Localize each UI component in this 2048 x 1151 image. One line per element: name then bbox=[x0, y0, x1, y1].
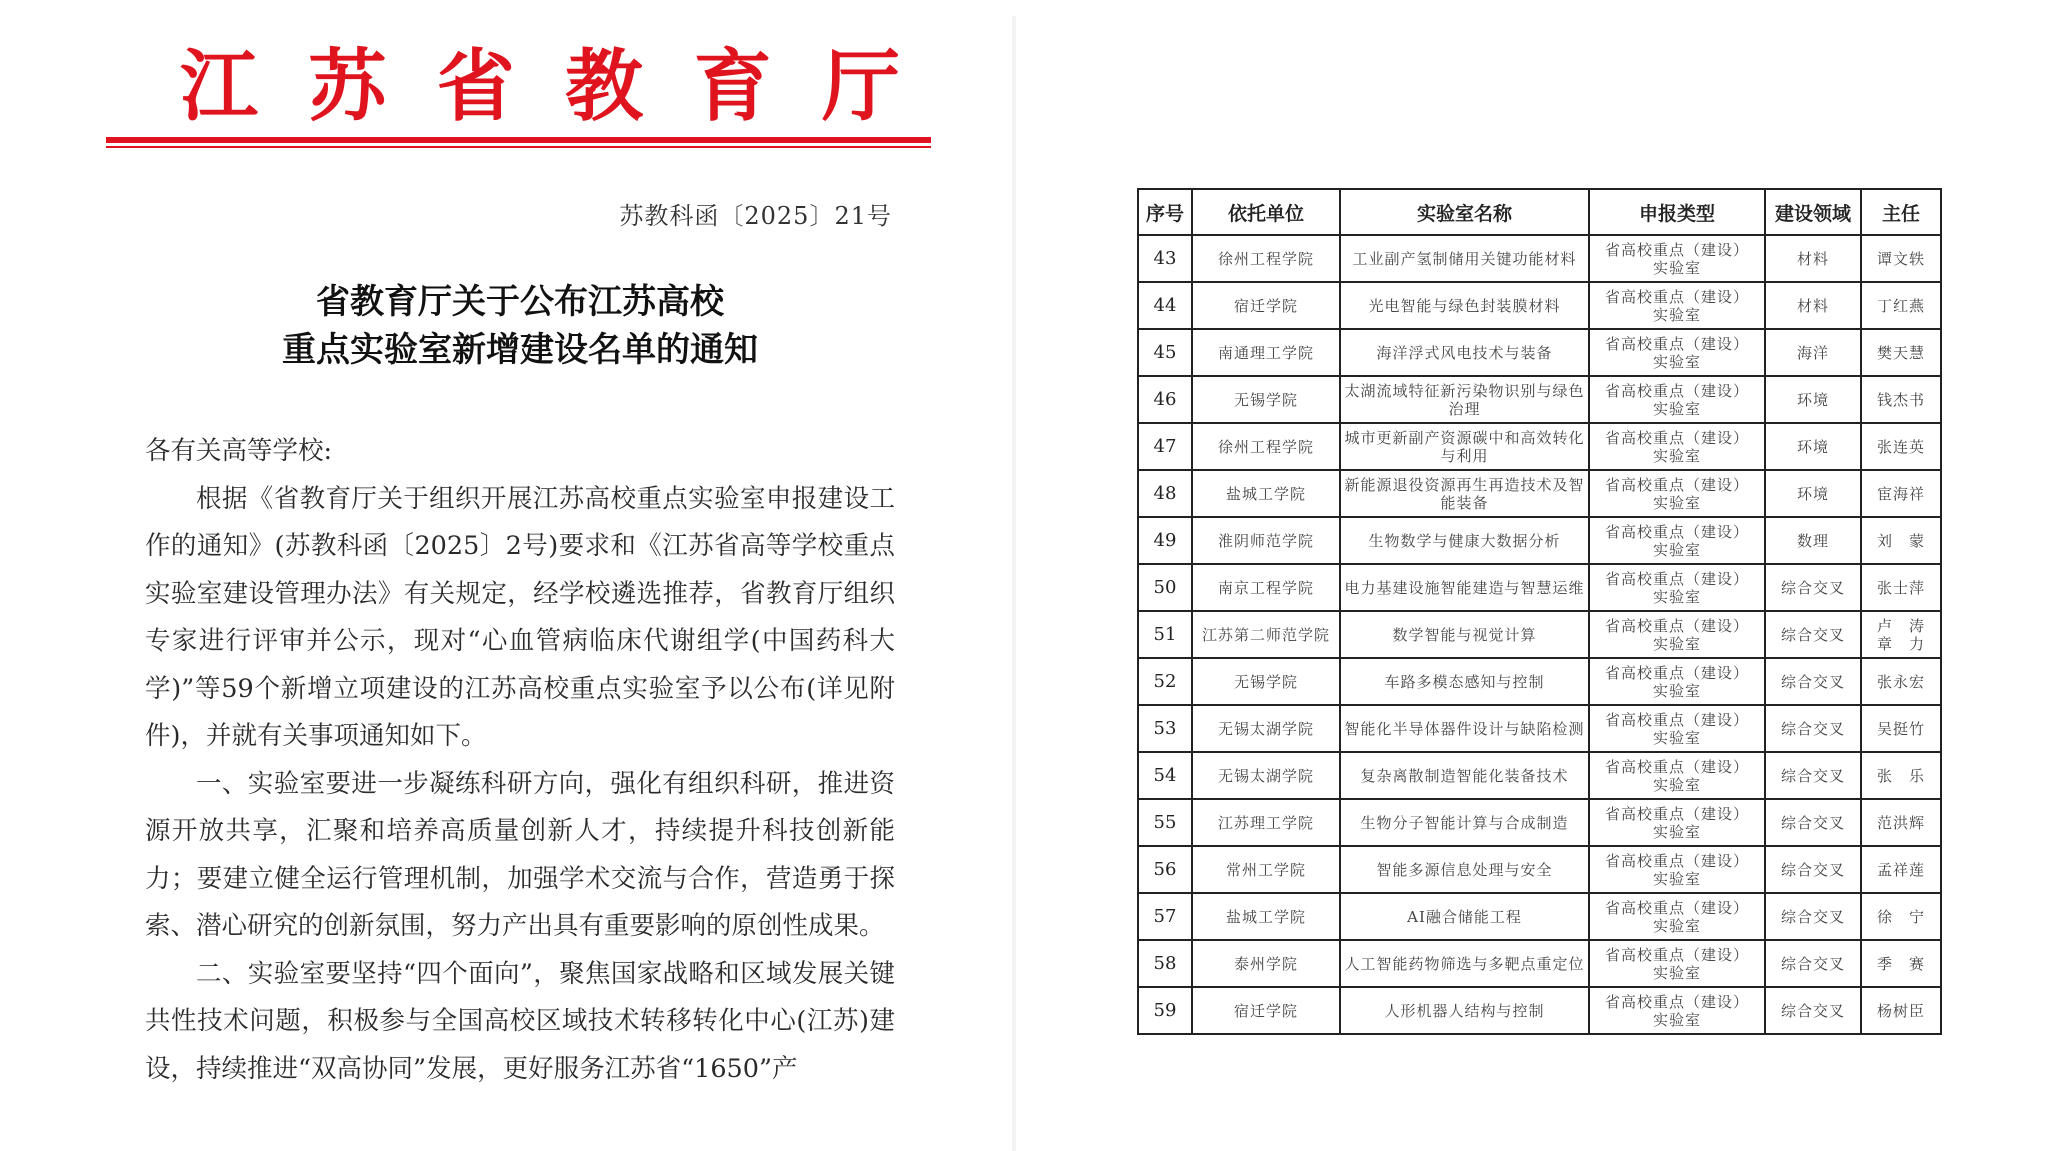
type-line: 省高校重点（建设） bbox=[1592, 711, 1762, 729]
cell-lab-name: 智能化半导体器件设计与缺陷检测 bbox=[1340, 705, 1589, 752]
header-unit: 依托单位 bbox=[1192, 189, 1340, 235]
cell-lab-name: 太湖流域特征新污染物识别与绿色治理 bbox=[1340, 376, 1589, 423]
type-line: 省高校重点（建设） bbox=[1592, 946, 1762, 964]
type-line: 实验室 bbox=[1592, 823, 1762, 841]
cell-type: 省高校重点（建设）实验室 bbox=[1589, 940, 1765, 987]
cell-lab-name: 电力基建设施智能建造与智慧运维 bbox=[1340, 564, 1589, 611]
type-line: 实验室 bbox=[1592, 447, 1762, 465]
cell-lab-name: 生物数学与健康大数据分析 bbox=[1340, 517, 1589, 564]
table-row: 46无锡学院太湖流域特征新污染物识别与绿色治理省高校重点（建设）实验室环境钱杰书 bbox=[1138, 376, 1941, 423]
cell-no: 51 bbox=[1138, 611, 1192, 658]
cell-type: 省高校重点（建设）实验室 bbox=[1589, 987, 1765, 1034]
table-row: 51江苏第二师范学院数学智能与视觉计算省高校重点（建设）实验室综合交叉卢 涛章 … bbox=[1138, 611, 1941, 658]
cell-unit: 泰州学院 bbox=[1192, 940, 1340, 987]
type-line: 省高校重点（建设） bbox=[1592, 241, 1762, 259]
cell-type: 省高校重点（建设）实验室 bbox=[1589, 376, 1765, 423]
cell-field: 综合交叉 bbox=[1765, 564, 1861, 611]
cell-no: 57 bbox=[1138, 893, 1192, 940]
type-line: 省高校重点（建设） bbox=[1592, 899, 1762, 917]
cell-director: 谭文轶 bbox=[1861, 235, 1941, 282]
masthead-rule-thin bbox=[106, 146, 931, 148]
table-row: 57盐城工学院AI融合储能工程省高校重点（建设）实验室综合交叉徐 宁 bbox=[1138, 893, 1941, 940]
cell-type: 省高校重点（建设）实验室 bbox=[1589, 423, 1765, 470]
director-name: 章 力 bbox=[1864, 635, 1938, 653]
cell-no: 43 bbox=[1138, 235, 1192, 282]
cell-director: 钱杰书 bbox=[1861, 376, 1941, 423]
cell-unit: 常州工学院 bbox=[1192, 846, 1340, 893]
masthead-char: 苏 bbox=[308, 48, 386, 126]
type-line: 省高校重点（建设） bbox=[1592, 523, 1762, 541]
cell-field: 材料 bbox=[1765, 282, 1861, 329]
cell-lab-name: 海洋浮式风电技术与装备 bbox=[1340, 329, 1589, 376]
cell-director: 张永宏 bbox=[1861, 658, 1941, 705]
cell-type: 省高校重点（建设）实验室 bbox=[1589, 517, 1765, 564]
cell-unit: 盐城工学院 bbox=[1192, 470, 1340, 517]
body-paragraph: 一、实验室要进一步凝练科研方向，强化有组织科研，推进资源开放共享，汇聚和培养高质… bbox=[145, 761, 895, 951]
cell-type: 省高校重点（建设）实验室 bbox=[1589, 799, 1765, 846]
cell-director: 刘 蒙 bbox=[1861, 517, 1941, 564]
cell-no: 55 bbox=[1138, 799, 1192, 846]
table-row: 53无锡太湖学院智能化半导体器件设计与缺陷检测省高校重点（建设）实验室综合交叉吴… bbox=[1138, 705, 1941, 752]
cell-unit: 淮阴师范学院 bbox=[1192, 517, 1340, 564]
cell-no: 53 bbox=[1138, 705, 1192, 752]
cell-field: 综合交叉 bbox=[1765, 893, 1861, 940]
cell-no: 47 bbox=[1138, 423, 1192, 470]
table-row: 54无锡太湖学院复杂离散制造智能化装备技术省高校重点（建设）实验室综合交叉张 乐 bbox=[1138, 752, 1941, 799]
cell-no: 52 bbox=[1138, 658, 1192, 705]
type-line: 省高校重点（建设） bbox=[1592, 382, 1762, 400]
table-row: 58泰州学院人工智能药物筛选与多靶点重定位省高校重点（建设）实验室综合交叉季 赛 bbox=[1138, 940, 1941, 987]
type-line: 实验室 bbox=[1592, 964, 1762, 982]
cell-unit: 宿迁学院 bbox=[1192, 987, 1340, 1034]
type-line: 实验室 bbox=[1592, 870, 1762, 888]
document-title: 省教育厅关于公布江苏高校 重点实验室新增建设名单的通知 bbox=[130, 278, 910, 374]
cell-no: 59 bbox=[1138, 987, 1192, 1034]
cell-no: 56 bbox=[1138, 846, 1192, 893]
header-type: 申报类型 bbox=[1589, 189, 1765, 235]
cell-field: 综合交叉 bbox=[1765, 799, 1861, 846]
cell-lab-name: 智能多源信息处理与安全 bbox=[1340, 846, 1589, 893]
cell-director: 张连英 bbox=[1861, 423, 1941, 470]
cell-unit: 盐城工学院 bbox=[1192, 893, 1340, 940]
masthead-char: 育 bbox=[694, 48, 772, 126]
table-row: 43徐州工程学院工业副产氢制储用关键功能材料省高校重点（建设）实验室材料谭文轶 bbox=[1138, 235, 1941, 282]
cell-unit: 无锡学院 bbox=[1192, 658, 1340, 705]
cell-field: 环境 bbox=[1765, 470, 1861, 517]
cell-director: 张士萍 bbox=[1861, 564, 1941, 611]
cell-no: 48 bbox=[1138, 470, 1192, 517]
table-row: 45南通理工学院海洋浮式风电技术与装备省高校重点（建设）实验室海洋樊天慧 bbox=[1138, 329, 1941, 376]
table-row: 55江苏理工学院生物分子智能计算与合成制造省高校重点（建设）实验室综合交叉范洪辉 bbox=[1138, 799, 1941, 846]
cell-lab-name: AI融合储能工程 bbox=[1340, 893, 1589, 940]
table-row: 44宿迁学院光电智能与绿色封装膜材料省高校重点（建设）实验室材料丁红燕 bbox=[1138, 282, 1941, 329]
document-page-left: 江 苏 省 教 育 厅 苏教科函〔2025〕21号 省教育厅关于公布江苏高校 重… bbox=[0, 0, 1012, 1151]
cell-type: 省高校重点（建设）实验室 bbox=[1589, 470, 1765, 517]
type-line: 省高校重点（建设） bbox=[1592, 758, 1762, 776]
cell-type: 省高校重点（建设）实验室 bbox=[1589, 564, 1765, 611]
cell-lab-name: 城市更新副产资源碳中和高效转化与利用 bbox=[1340, 423, 1589, 470]
cell-lab-name: 光电智能与绿色封装膜材料 bbox=[1340, 282, 1589, 329]
cell-field: 海洋 bbox=[1765, 329, 1861, 376]
cell-type: 省高校重点（建设）实验室 bbox=[1589, 893, 1765, 940]
cell-unit: 无锡太湖学院 bbox=[1192, 752, 1340, 799]
type-line: 省高校重点（建设） bbox=[1592, 617, 1762, 635]
cell-director: 张 乐 bbox=[1861, 752, 1941, 799]
cell-director: 季 赛 bbox=[1861, 940, 1941, 987]
cell-no: 46 bbox=[1138, 376, 1192, 423]
cell-field: 数理 bbox=[1765, 517, 1861, 564]
table-row: 47徐州工程学院城市更新副产资源碳中和高效转化与利用省高校重点（建设）实验室环境… bbox=[1138, 423, 1941, 470]
type-line: 省高校重点（建设） bbox=[1592, 852, 1762, 870]
type-line: 实验室 bbox=[1592, 729, 1762, 747]
type-line: 实验室 bbox=[1592, 494, 1762, 512]
cell-no: 44 bbox=[1138, 282, 1192, 329]
cell-field: 综合交叉 bbox=[1765, 940, 1861, 987]
type-line: 实验室 bbox=[1592, 1011, 1762, 1029]
cell-no: 50 bbox=[1138, 564, 1192, 611]
cell-type: 省高校重点（建设）实验室 bbox=[1589, 846, 1765, 893]
type-line: 省高校重点（建设） bbox=[1592, 664, 1762, 682]
cell-director: 吴挺竹 bbox=[1861, 705, 1941, 752]
cell-field: 环境 bbox=[1765, 376, 1861, 423]
cell-lab-name: 人工智能药物筛选与多靶点重定位 bbox=[1340, 940, 1589, 987]
director-name: 卢 涛 bbox=[1864, 617, 1938, 635]
cell-director: 宦海祥 bbox=[1861, 470, 1941, 517]
masthead-char: 教 bbox=[565, 48, 643, 126]
cell-lab-name: 生物分子智能计算与合成制造 bbox=[1340, 799, 1589, 846]
type-line: 实验室 bbox=[1592, 400, 1762, 418]
masthead-char: 厅 bbox=[822, 48, 900, 126]
type-line: 省高校重点（建设） bbox=[1592, 429, 1762, 447]
table-row: 52无锡学院车路多模态感知与控制省高校重点（建设）实验室综合交叉张永宏 bbox=[1138, 658, 1941, 705]
cell-type: 省高校重点（建设）实验室 bbox=[1589, 329, 1765, 376]
cell-no: 49 bbox=[1138, 517, 1192, 564]
cell-director: 孟祥莲 bbox=[1861, 846, 1941, 893]
cell-type: 省高校重点（建设）实验室 bbox=[1589, 705, 1765, 752]
header-director: 主任 bbox=[1861, 189, 1941, 235]
type-line: 实验室 bbox=[1592, 259, 1762, 277]
cell-field: 综合交叉 bbox=[1765, 752, 1861, 799]
document-body: 各有关高等学校: 根据《省教育厅关于组织开展江苏高校重点实验室申报建设工作的通知… bbox=[145, 428, 895, 1093]
cell-type: 省高校重点（建设）实验室 bbox=[1589, 752, 1765, 799]
type-line: 实验室 bbox=[1592, 682, 1762, 700]
body-paragraph: 二、实验室要坚持“四个面向”，聚焦国家战略和区域发展关键共性技术问题，积极参与全… bbox=[145, 951, 895, 1094]
salutation: 各有关高等学校: bbox=[145, 428, 895, 476]
cell-lab-name: 人形机器人结构与控制 bbox=[1340, 987, 1589, 1034]
cell-field: 环境 bbox=[1765, 423, 1861, 470]
table-header-row: 序号 依托单位 实验室名称 申报类型 建设领域 主任 bbox=[1138, 189, 1941, 235]
cell-field: 综合交叉 bbox=[1765, 705, 1861, 752]
document-page-right: 序号 依托单位 实验室名称 申报类型 建设领域 主任 43徐州工程学院工业副产氢… bbox=[1016, 0, 2048, 1151]
cell-field: 材料 bbox=[1765, 235, 1861, 282]
cell-unit: 宿迁学院 bbox=[1192, 282, 1340, 329]
cell-field: 综合交叉 bbox=[1765, 987, 1861, 1034]
cell-type: 省高校重点（建设）实验室 bbox=[1589, 658, 1765, 705]
cell-director: 丁红燕 bbox=[1861, 282, 1941, 329]
type-line: 省高校重点（建设） bbox=[1592, 335, 1762, 353]
masthead-rule-thick bbox=[106, 137, 931, 143]
cell-unit: 江苏理工学院 bbox=[1192, 799, 1340, 846]
cell-lab-name: 车路多模态感知与控制 bbox=[1340, 658, 1589, 705]
cell-unit: 徐州工程学院 bbox=[1192, 423, 1340, 470]
table-row: 48盐城工学院新能源退役资源再生再造技术及智能装备省高校重点（建设）实验室环境宦… bbox=[1138, 470, 1941, 517]
cell-field: 综合交叉 bbox=[1765, 611, 1861, 658]
masthead-char: 江 bbox=[180, 48, 258, 126]
cell-type: 省高校重点（建设）实验室 bbox=[1589, 235, 1765, 282]
cell-unit: 南京工程学院 bbox=[1192, 564, 1340, 611]
type-line: 实验室 bbox=[1592, 776, 1762, 794]
table-row: 50南京工程学院电力基建设施智能建造与智慧运维省高校重点（建设）实验室综合交叉张… bbox=[1138, 564, 1941, 611]
cell-lab-name: 数学智能与视觉计算 bbox=[1340, 611, 1589, 658]
header-lab-name: 实验室名称 bbox=[1340, 189, 1589, 235]
header-no: 序号 bbox=[1138, 189, 1192, 235]
document-number: 苏教科函〔2025〕21号 bbox=[619, 196, 892, 231]
type-line: 省高校重点（建设） bbox=[1592, 476, 1762, 494]
type-line: 省高校重点（建设） bbox=[1592, 805, 1762, 823]
body-paragraph: 根据《省教育厅关于组织开展江苏高校重点实验室申报建设工作的通知》(苏教科函〔20… bbox=[145, 476, 895, 761]
cell-lab-name: 工业副产氢制储用关键功能材料 bbox=[1340, 235, 1589, 282]
title-line: 重点实验室新增建设名单的通知 bbox=[130, 326, 910, 374]
cell-director: 卢 涛章 力 bbox=[1861, 611, 1941, 658]
masthead-char: 省 bbox=[437, 48, 515, 126]
cell-unit: 南通理工学院 bbox=[1192, 329, 1340, 376]
table-row: 56常州工学院智能多源信息处理与安全省高校重点（建设）实验室综合交叉孟祥莲 bbox=[1138, 846, 1941, 893]
cell-lab-name: 复杂离散制造智能化装备技术 bbox=[1340, 752, 1589, 799]
table-row: 49淮阴师范学院生物数学与健康大数据分析省高校重点（建设）实验室数理刘 蒙 bbox=[1138, 517, 1941, 564]
table-body: 43徐州工程学院工业副产氢制储用关键功能材料省高校重点（建设）实验室材料谭文轶4… bbox=[1138, 235, 1941, 1034]
type-line: 省高校重点（建设） bbox=[1592, 993, 1762, 1011]
cell-director: 徐 宁 bbox=[1861, 893, 1941, 940]
type-line: 省高校重点（建设） bbox=[1592, 570, 1762, 588]
type-line: 实验室 bbox=[1592, 541, 1762, 559]
type-line: 省高校重点（建设） bbox=[1592, 288, 1762, 306]
cell-no: 45 bbox=[1138, 329, 1192, 376]
cell-unit: 无锡太湖学院 bbox=[1192, 705, 1340, 752]
cell-unit: 徐州工程学院 bbox=[1192, 235, 1340, 282]
cell-type: 省高校重点（建设）实验室 bbox=[1589, 282, 1765, 329]
type-line: 实验室 bbox=[1592, 306, 1762, 324]
cell-field: 综合交叉 bbox=[1765, 846, 1861, 893]
table-row: 59宿迁学院人形机器人结构与控制省高校重点（建设）实验室综合交叉杨树臣 bbox=[1138, 987, 1941, 1034]
type-line: 实验室 bbox=[1592, 917, 1762, 935]
cell-director: 杨树臣 bbox=[1861, 987, 1941, 1034]
cell-director: 范洪辉 bbox=[1861, 799, 1941, 846]
title-line: 省教育厅关于公布江苏高校 bbox=[130, 278, 910, 326]
type-line: 实验室 bbox=[1592, 635, 1762, 653]
cell-director: 樊天慧 bbox=[1861, 329, 1941, 376]
cell-unit: 江苏第二师范学院 bbox=[1192, 611, 1340, 658]
cell-lab-name: 新能源退役资源再生再造技术及智能装备 bbox=[1340, 470, 1589, 517]
masthead-title: 江 苏 省 教 育 厅 bbox=[140, 42, 940, 132]
type-line: 实验室 bbox=[1592, 353, 1762, 371]
cell-type: 省高校重点（建设）实验室 bbox=[1589, 611, 1765, 658]
laboratory-list-table: 序号 依托单位 实验室名称 申报类型 建设领域 主任 43徐州工程学院工业副产氢… bbox=[1137, 188, 1942, 1035]
cell-unit: 无锡学院 bbox=[1192, 376, 1340, 423]
header-field: 建设领域 bbox=[1765, 189, 1861, 235]
cell-field: 综合交叉 bbox=[1765, 658, 1861, 705]
cell-no: 58 bbox=[1138, 940, 1192, 987]
cell-no: 54 bbox=[1138, 752, 1192, 799]
type-line: 实验室 bbox=[1592, 588, 1762, 606]
